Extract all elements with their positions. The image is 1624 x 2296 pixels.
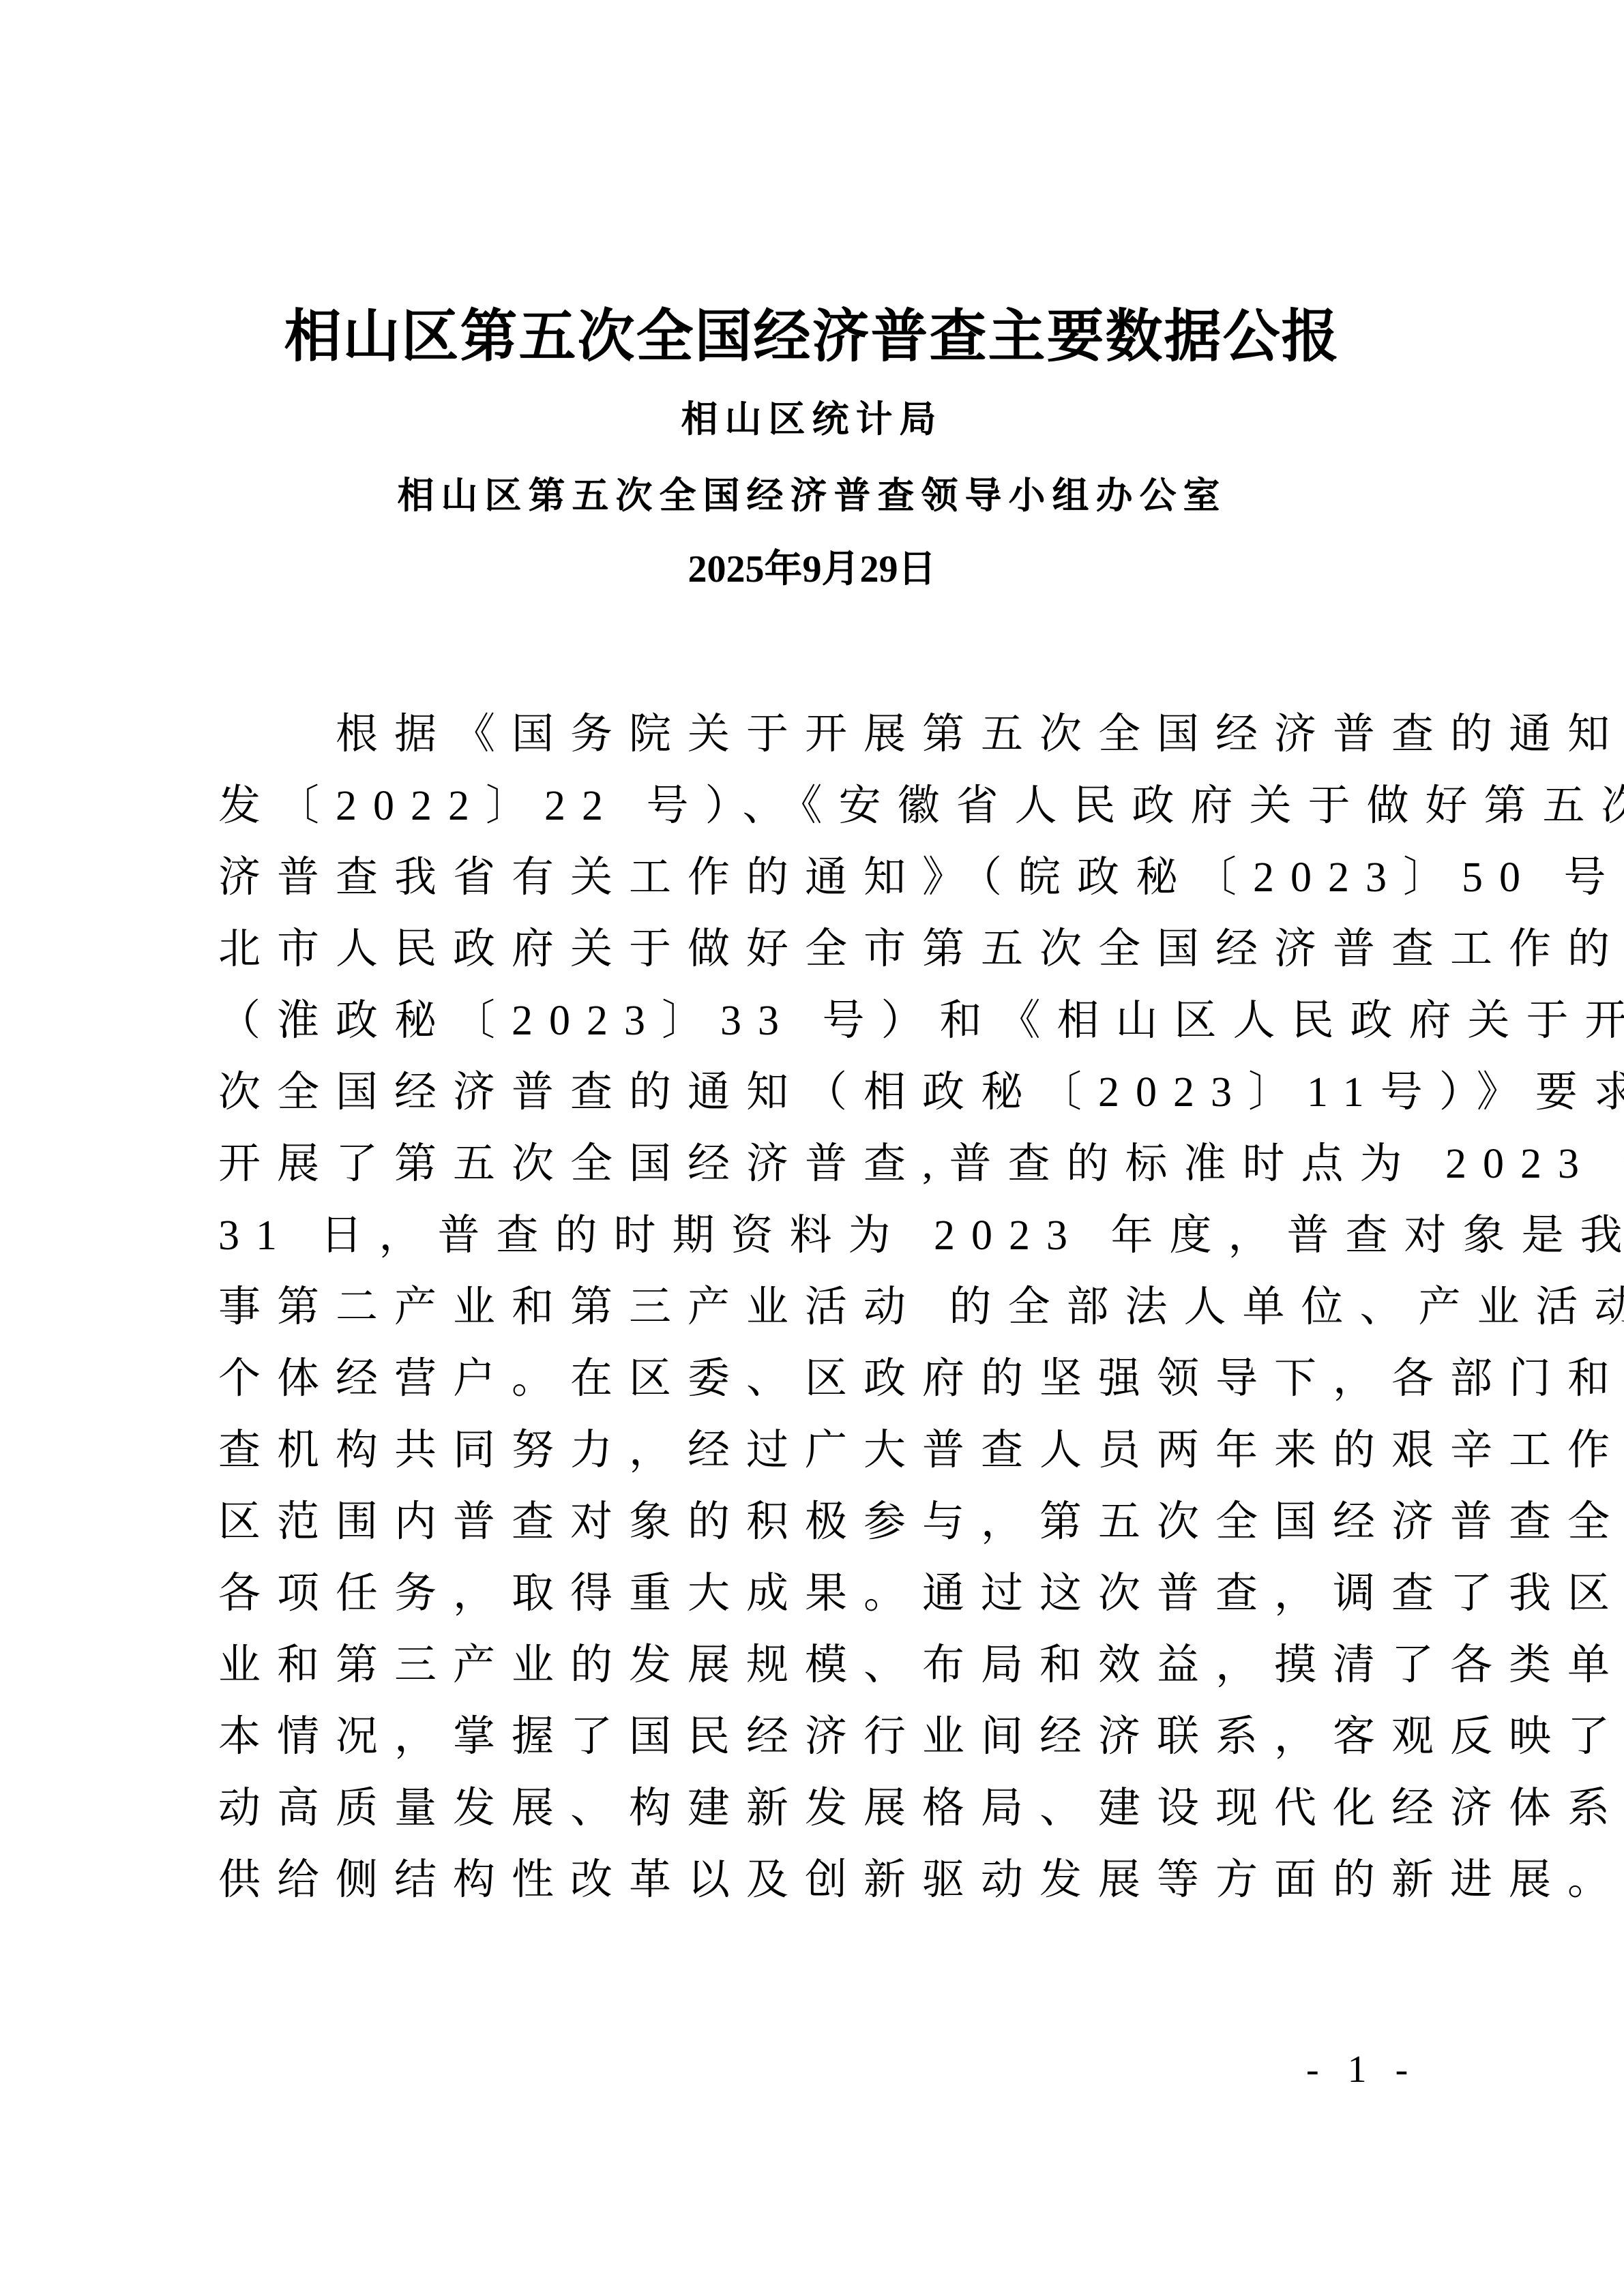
publication-date: 2025年9月29日 (0, 546, 1624, 593)
paragraph-line: 事第二产业和第三产业活动 的全部法人单位、产业活动单位和 (218, 1272, 1405, 1343)
paragraph-line: 个体经营户。在区委、区政府的坚强领导下，各部门和各级普 (218, 1343, 1405, 1415)
paragraph-line: 次全国经济普查的通知（相政秘〔2023〕11号）》要求，我区 (218, 1057, 1405, 1129)
document-page: 相山区第五次全国经济普查主要数据公报 相山区统计局 相山区第五次全国经济普查领导… (0, 0, 1624, 2296)
paragraph-line: 发〔2022〕22 号）、《安徽省人民政府关于做好第五次全国经 (218, 771, 1405, 842)
paragraph-line: 动高质量发展、构建新发展格局、建设现代化经济体系、深化 (218, 1773, 1405, 1845)
paragraph-line: 31 日，普查的时期资料为 2023 年度，普查对象是我区境内从 (218, 1200, 1405, 1272)
paragraph-line: 本情况，掌握了国民经济行业间经济联系，客观反映了全区推 (218, 1701, 1405, 1773)
paragraph-line: 开展了第五次全国经济普查,普查的标准时点为 2023 年 12 月 (218, 1129, 1405, 1200)
paragraph-line: 北市人民政府关于做好全市第五次全国经济普查工作的通知》 (218, 914, 1405, 985)
paragraph-line: （淮政秘〔2023〕33 号）和《相山区人民政府关于开展第五 (218, 985, 1405, 1057)
paragraph-line: 济普查我省有关工作的通知》（皖政秘〔2023〕50 号）、《淮 (218, 842, 1405, 914)
page-number: - 1 - (1306, 2042, 1415, 2097)
paragraph-line: 业和第三产业的发展规模、布局和效益，摸清了各类单位的基 (218, 1630, 1405, 1701)
issuer-census-office: 相山区第五次全国经济普查领导小组办公室 (0, 472, 1624, 520)
body-paragraph: 根据《国务院关于开展第五次全国经济普查的通知》（ 国 发〔2022〕22 号）、… (218, 699, 1405, 1916)
paragraph-line: 各项任务，取得重大成果。通过这次普查，调查了我区第二产 (218, 1558, 1405, 1630)
paragraph-line: 供给侧结构性改革以及创新驱动发展等方面的新进展。 (218, 1845, 1405, 1916)
paragraph-line: 区范围内普查对象的积极参与，第五次全国经济普查全面完成 (218, 1487, 1405, 1558)
paragraph-line: 查机构共同努力，经过广大普查人员两年来的艰辛工作以及全 (218, 1415, 1405, 1487)
document-title: 相山区第五次全国经济普查主要数据公报 (0, 300, 1624, 375)
paragraph-line: 根据《国务院关于开展第五次全国经济普查的通知》（ 国 (218, 699, 1405, 771)
issuer-statistics-bureau: 相山区统计局 (0, 396, 1624, 443)
